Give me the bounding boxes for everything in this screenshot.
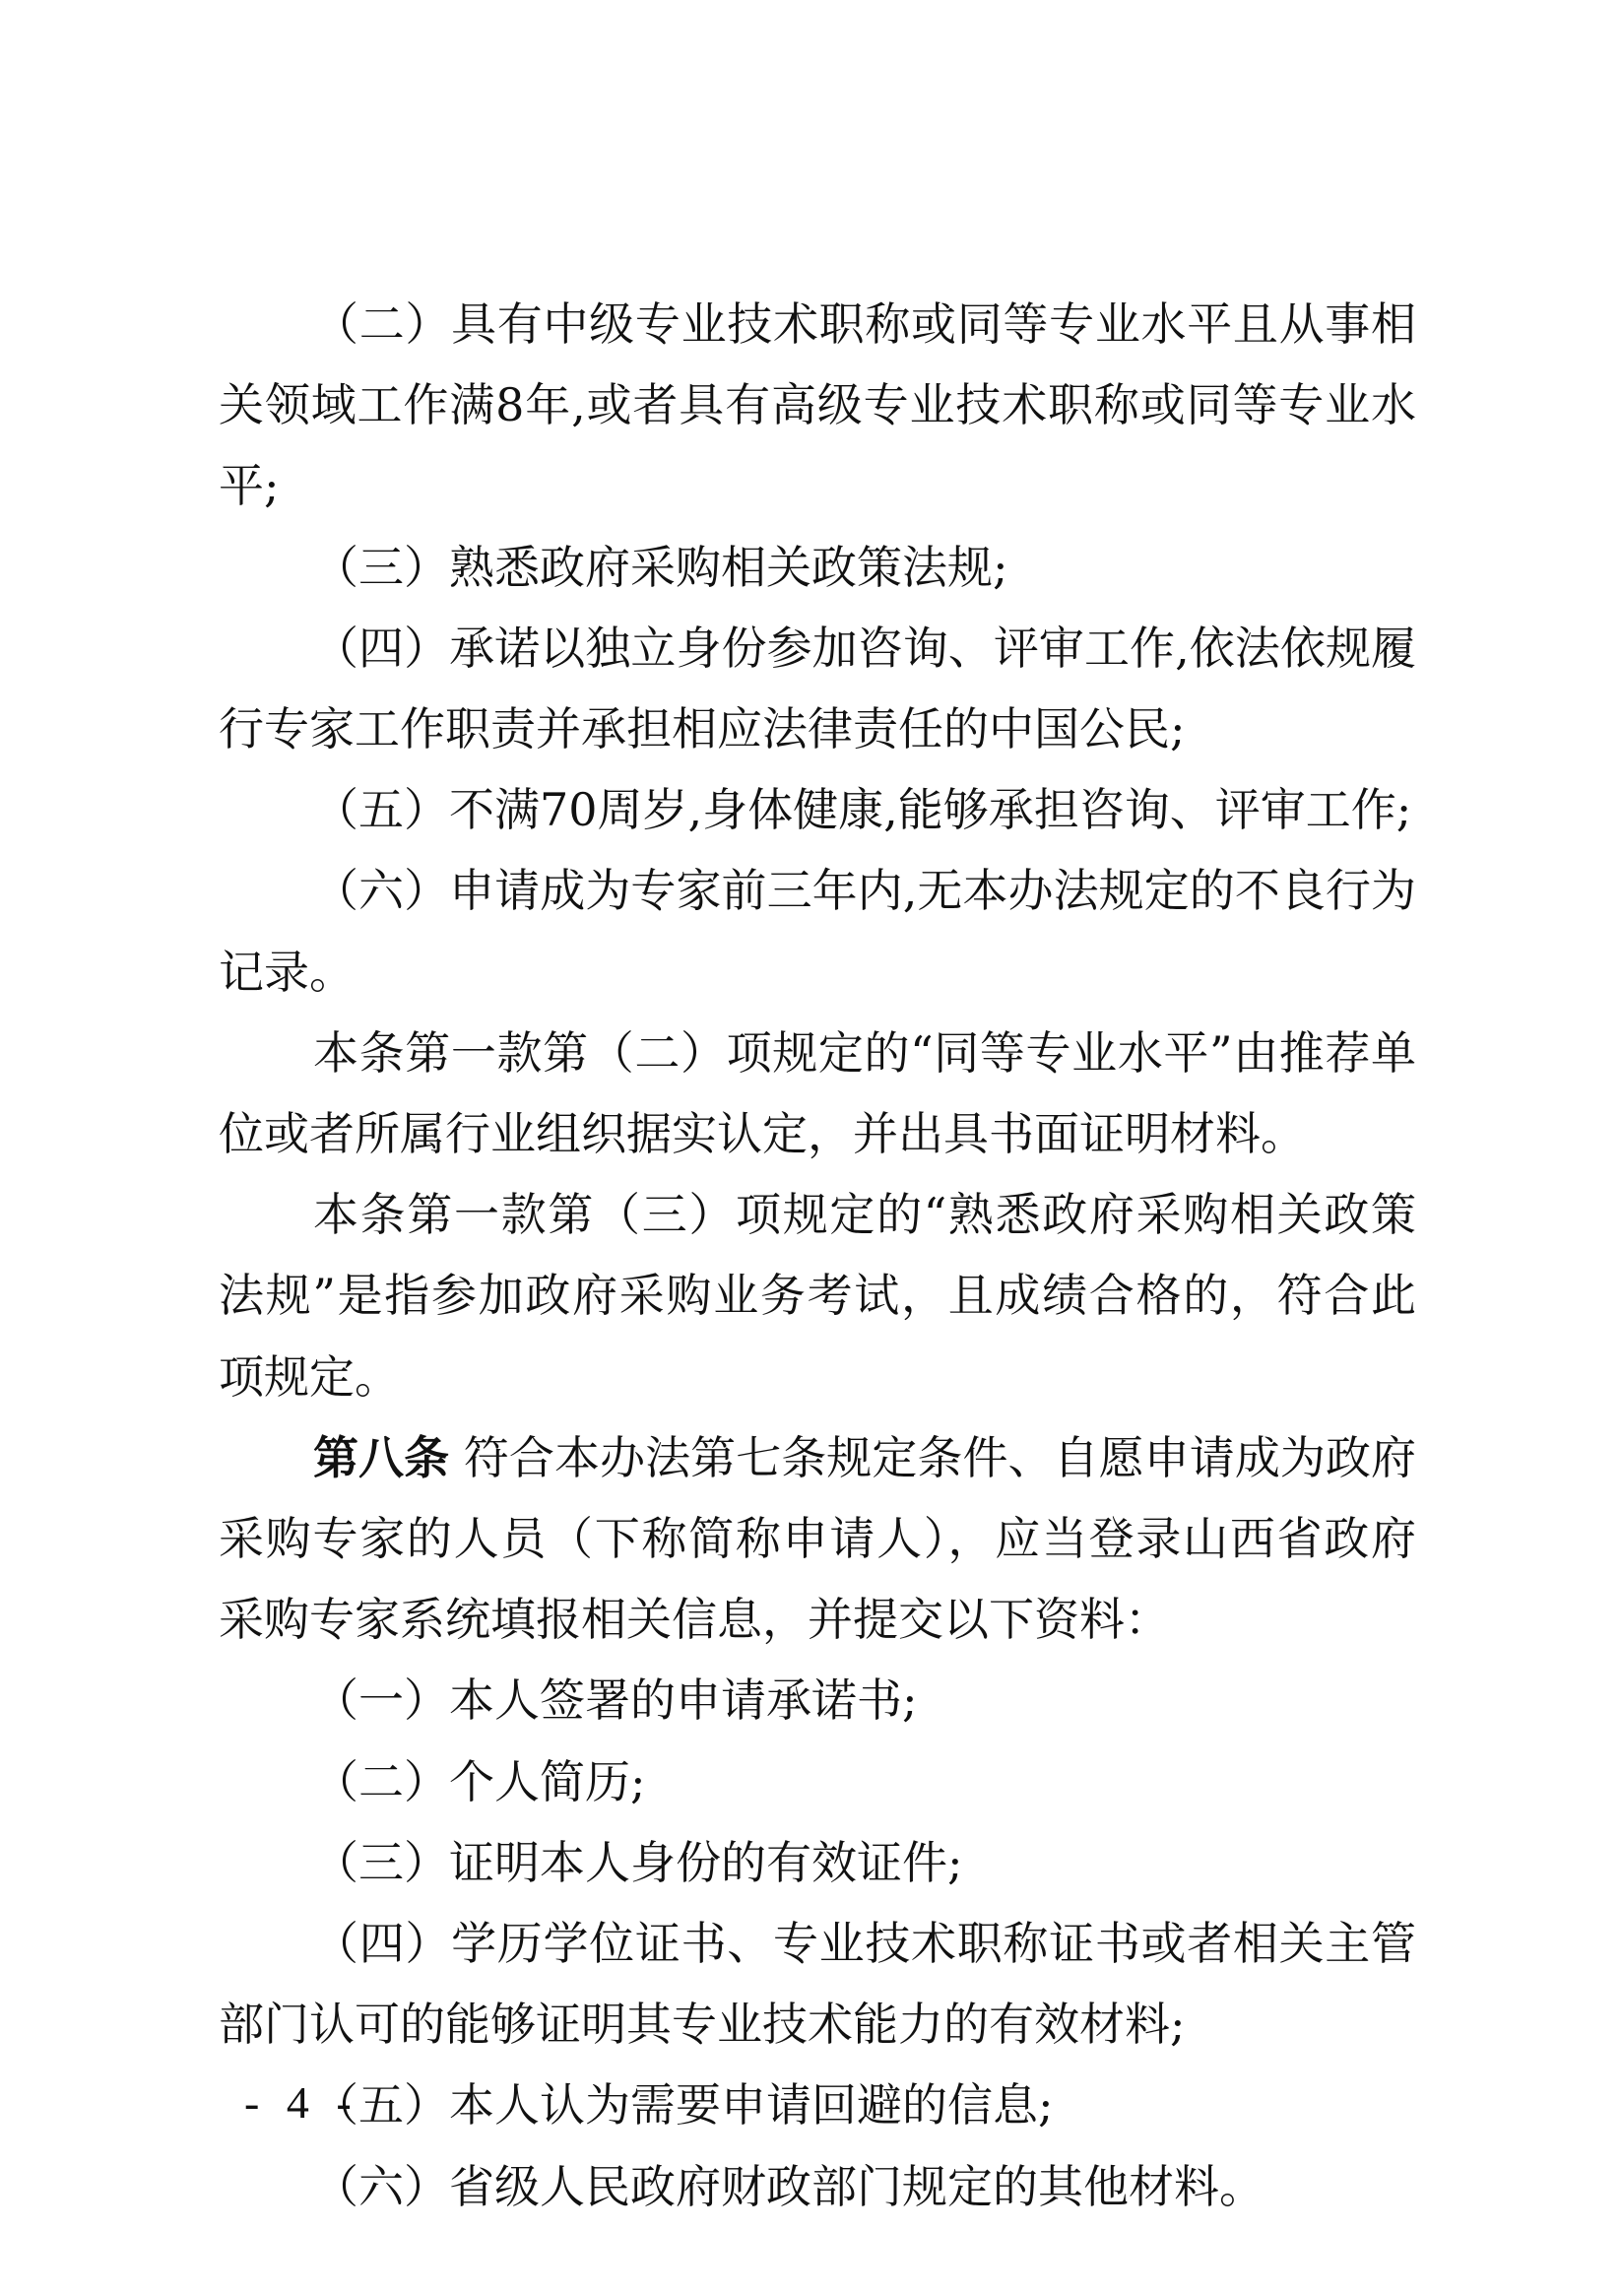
paragraph-text: （三）证明本人身份的有效证件; [313,1836,963,1889]
material-item-1: （一）本人签署的申请承诺书; [219,1660,1416,1740]
paragraph-item-5: （五）不满70周岁,身体健康,能够承担咨询、评审工作; [219,769,1416,850]
article-8: 第八条 符合本办法第七条规定条件、自愿申请成为政府采购专家的人员（下称简称申请人… [219,1417,1416,1661]
document-body: （二）具有中级专业技术职称或同等专业水平且从事相关领域工作满8年,或者具有高级专… [219,284,1416,2227]
paragraph-item-2: （二）具有中级专业技术职称或同等专业水平且从事相关领域工作满8年,或者具有高级专… [219,284,1416,527]
paragraph-text: （二）个人简历; [313,1755,646,1808]
paragraph-item-4: （四）承诺以独立身份参加咨询、评审工作,依法依规履行专家工作职责并承担相应法律责… [219,608,1416,769]
paragraph-text: （六）申请成为专家前三年内,无本办法规定的不良行为记录。 [219,864,1416,998]
paragraph-text: （三）熟悉政府采购相关政策法规; [313,541,1008,594]
page-number: - 4 - [244,2076,359,2129]
paragraph-item-3: （三）熟悉政府采购相关政策法规; [219,527,1416,608]
material-item-3: （三）证明本人身份的有效证件; [219,1822,1416,1903]
material-item-5: （五）本人认为需要申请回避的信息; [219,2065,1416,2145]
paragraph-text: 本条第一款第（二）项规定的“同等专业水平”由推荐单位或者所属行业组织据实认定，并… [219,1026,1416,1160]
paragraph-text: （一）本人签署的申请承诺书; [313,1673,918,1727]
paragraph-text: 本条第一款第（三）项规定的“熟悉政府采购相关政策法规”是指参加政府采购业务考试，… [219,1188,1416,1403]
paragraph-text: （二）具有中级专业技术职称或同等专业水平且从事相关领域工作满8年,或者具有高级专… [219,297,1416,512]
material-item-2: （二）个人简历; [219,1741,1416,1822]
paragraph-text: （五）本人认为需要申请回避的信息; [313,2078,1054,2132]
paragraph-text: （四）承诺以独立身份参加咨询、评审工作,依法依规履行专家工作职责并承担相应法律责… [219,622,1416,755]
paragraph-note-equivalent-level: 本条第一款第（二）项规定的“同等专业水平”由推荐单位或者所属行业组织据实认定，并… [219,1013,1416,1174]
document-page: （二）具有中级专业技术职称或同等专业水平且从事相关领域工作满8年,或者具有高级专… [0,0,1621,2296]
material-item-6: （六）省级人民政府财政部门规定的其他材料。 [219,2146,1416,2227]
paragraph-note-policy-familiarity: 本条第一款第（三）项规定的“熟悉政府采购相关政策法规”是指参加政府采购业务考试，… [219,1174,1416,1417]
paragraph-text: （四）学历学位证书、专业技术职称证书或者相关主管部门认可的能够证明其专业技术能力… [219,1917,1416,2051]
paragraph-text: （五）不满70周岁,身体健康,能够承担咨询、评审工作; [313,783,1411,836]
paragraph-item-6: （六）申请成为专家前三年内,无本办法规定的不良行为记录。 [219,850,1416,1012]
paragraph-text: （六）省级人民政府财政部门规定的其他材料。 [313,2160,1264,2213]
article-heading: 第八条 [313,1431,449,1484]
material-item-4: （四）学历学位证书、专业技术职称证书或者相关主管部门认可的能够证明其专业技术能力… [219,1903,1416,2065]
